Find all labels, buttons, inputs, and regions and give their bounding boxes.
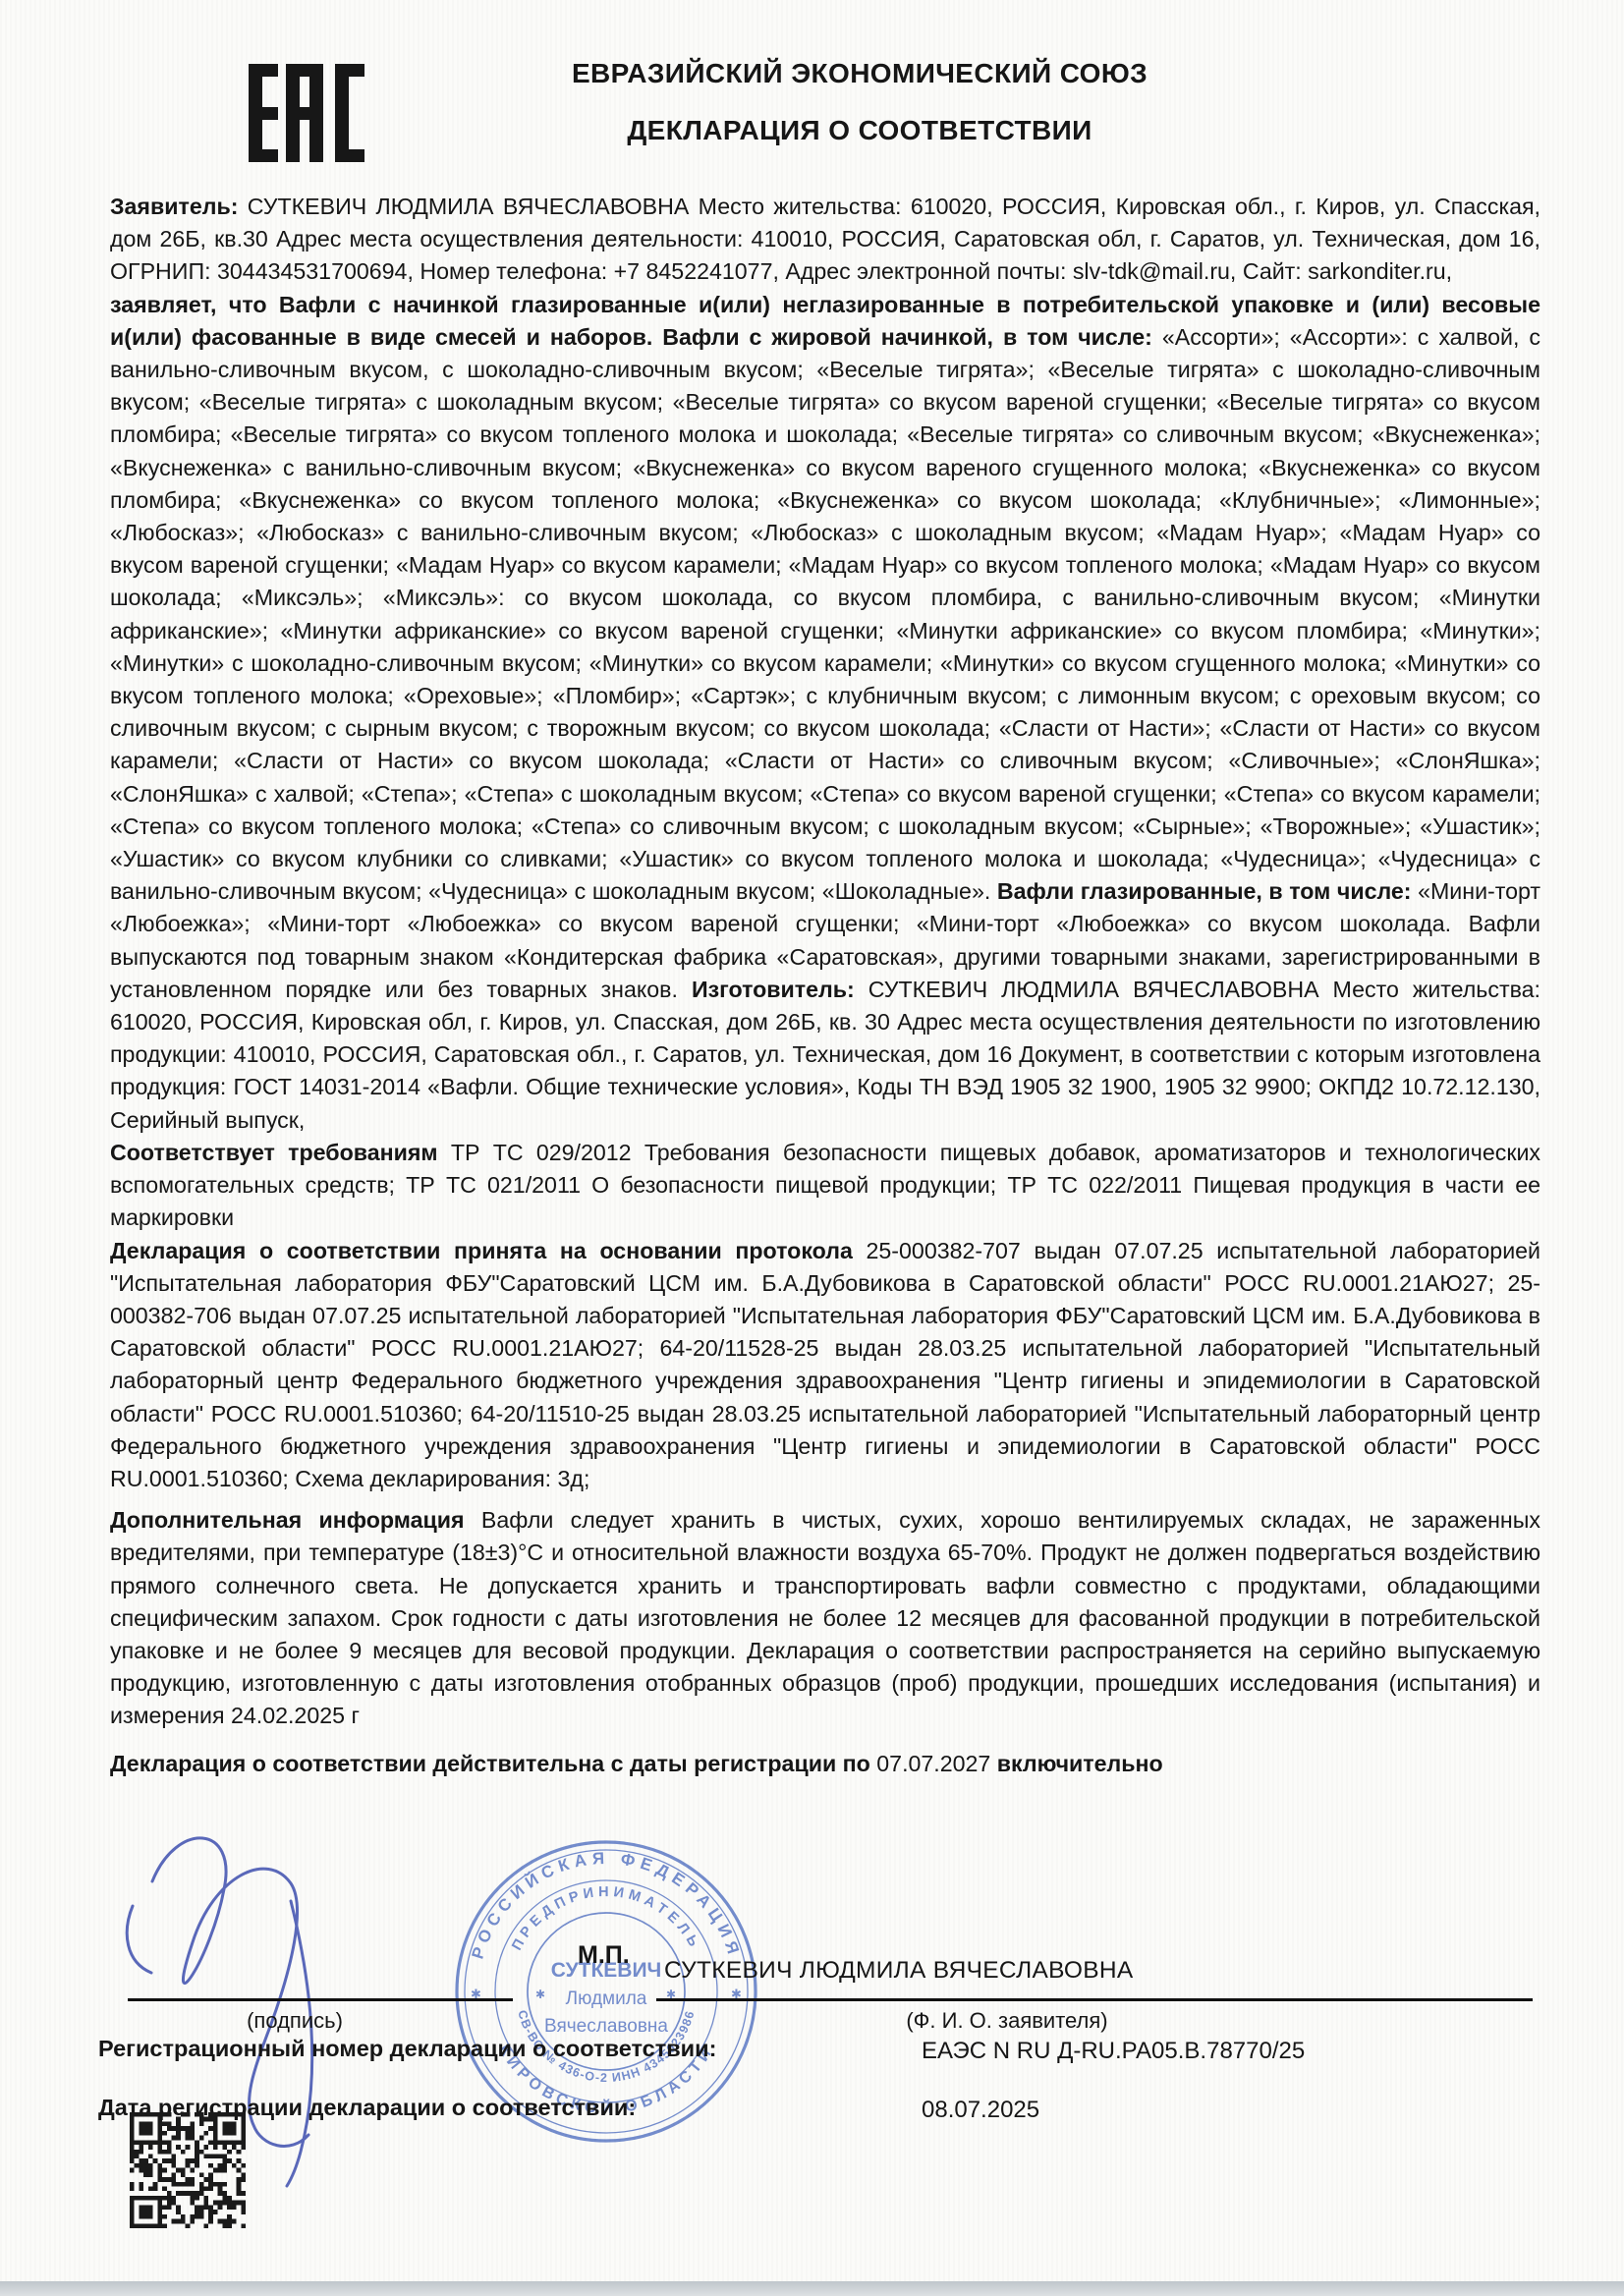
product-paragraph: заявляет, что Вафли с начинкой глазирова… bbox=[110, 289, 1540, 1137]
document-header: ЕВРАЗИЙСКИЙ ЭКОНОМИЧЕСКИЙ СОЮЗ ДЕКЛАРАЦИ… bbox=[295, 57, 1425, 147]
registration-number-value: ЕАЭС N RU Д-RU.РА05.В.78770/25 bbox=[922, 2038, 1305, 2065]
page-title: ДЕКЛАРАЦИЯ О СООТВЕТСТВИИ bbox=[295, 114, 1425, 147]
union-name: ЕВРАЗИЙСКИЙ ЭКОНОМИЧЕСКИЙ СОЮЗ bbox=[295, 57, 1425, 90]
signature-caption: (подпись) bbox=[147, 2008, 442, 2034]
applicant-name: СУТКЕВИЧ ЛЮДМИЛА ВЯЧЕСЛАВОВНА bbox=[664, 1957, 1134, 1985]
registration-date-value: 08.07.2025 bbox=[922, 2097, 1039, 2124]
scan-edge-artifact bbox=[0, 2281, 1624, 2296]
declaration-document: ЕВРАЗИЙСКИЙ ЭКОНОМИЧЕСКИЙ СОЮЗ ДЕКЛАРАЦИ… bbox=[0, 0, 1624, 2296]
qr-code bbox=[130, 2112, 246, 2228]
registration-number-label: Регистрационный номер декларации о соотв… bbox=[98, 2036, 716, 2062]
applicant-paragraph: Заявитель: СУТКЕВИЧ ЛЮДМИЛА ВЯЧЕСЛАВОВНА… bbox=[110, 191, 1540, 289]
requirements-paragraph: Соответствует требованиям ТР ТС 029/2012… bbox=[110, 1137, 1540, 1235]
declaration-body: Заявитель: СУТКЕВИЧ ЛЮДМИЛА ВЯЧЕСЛАВОВНА… bbox=[110, 191, 1540, 1780]
fio-line bbox=[656, 1998, 1533, 2001]
additional-info-paragraph: Дополнительная информация Вафли следует … bbox=[110, 1504, 1540, 1732]
mp-seal-label: М.П. bbox=[578, 1941, 630, 1970]
fio-caption: (Ф. И. О. заявителя) bbox=[688, 2008, 1326, 2034]
validity-line: Декларация о соответствии действительна … bbox=[110, 1748, 1540, 1780]
signature-line bbox=[128, 1998, 513, 2001]
protocols-paragraph: Декларация о соответствии принята на осн… bbox=[110, 1235, 1540, 1496]
